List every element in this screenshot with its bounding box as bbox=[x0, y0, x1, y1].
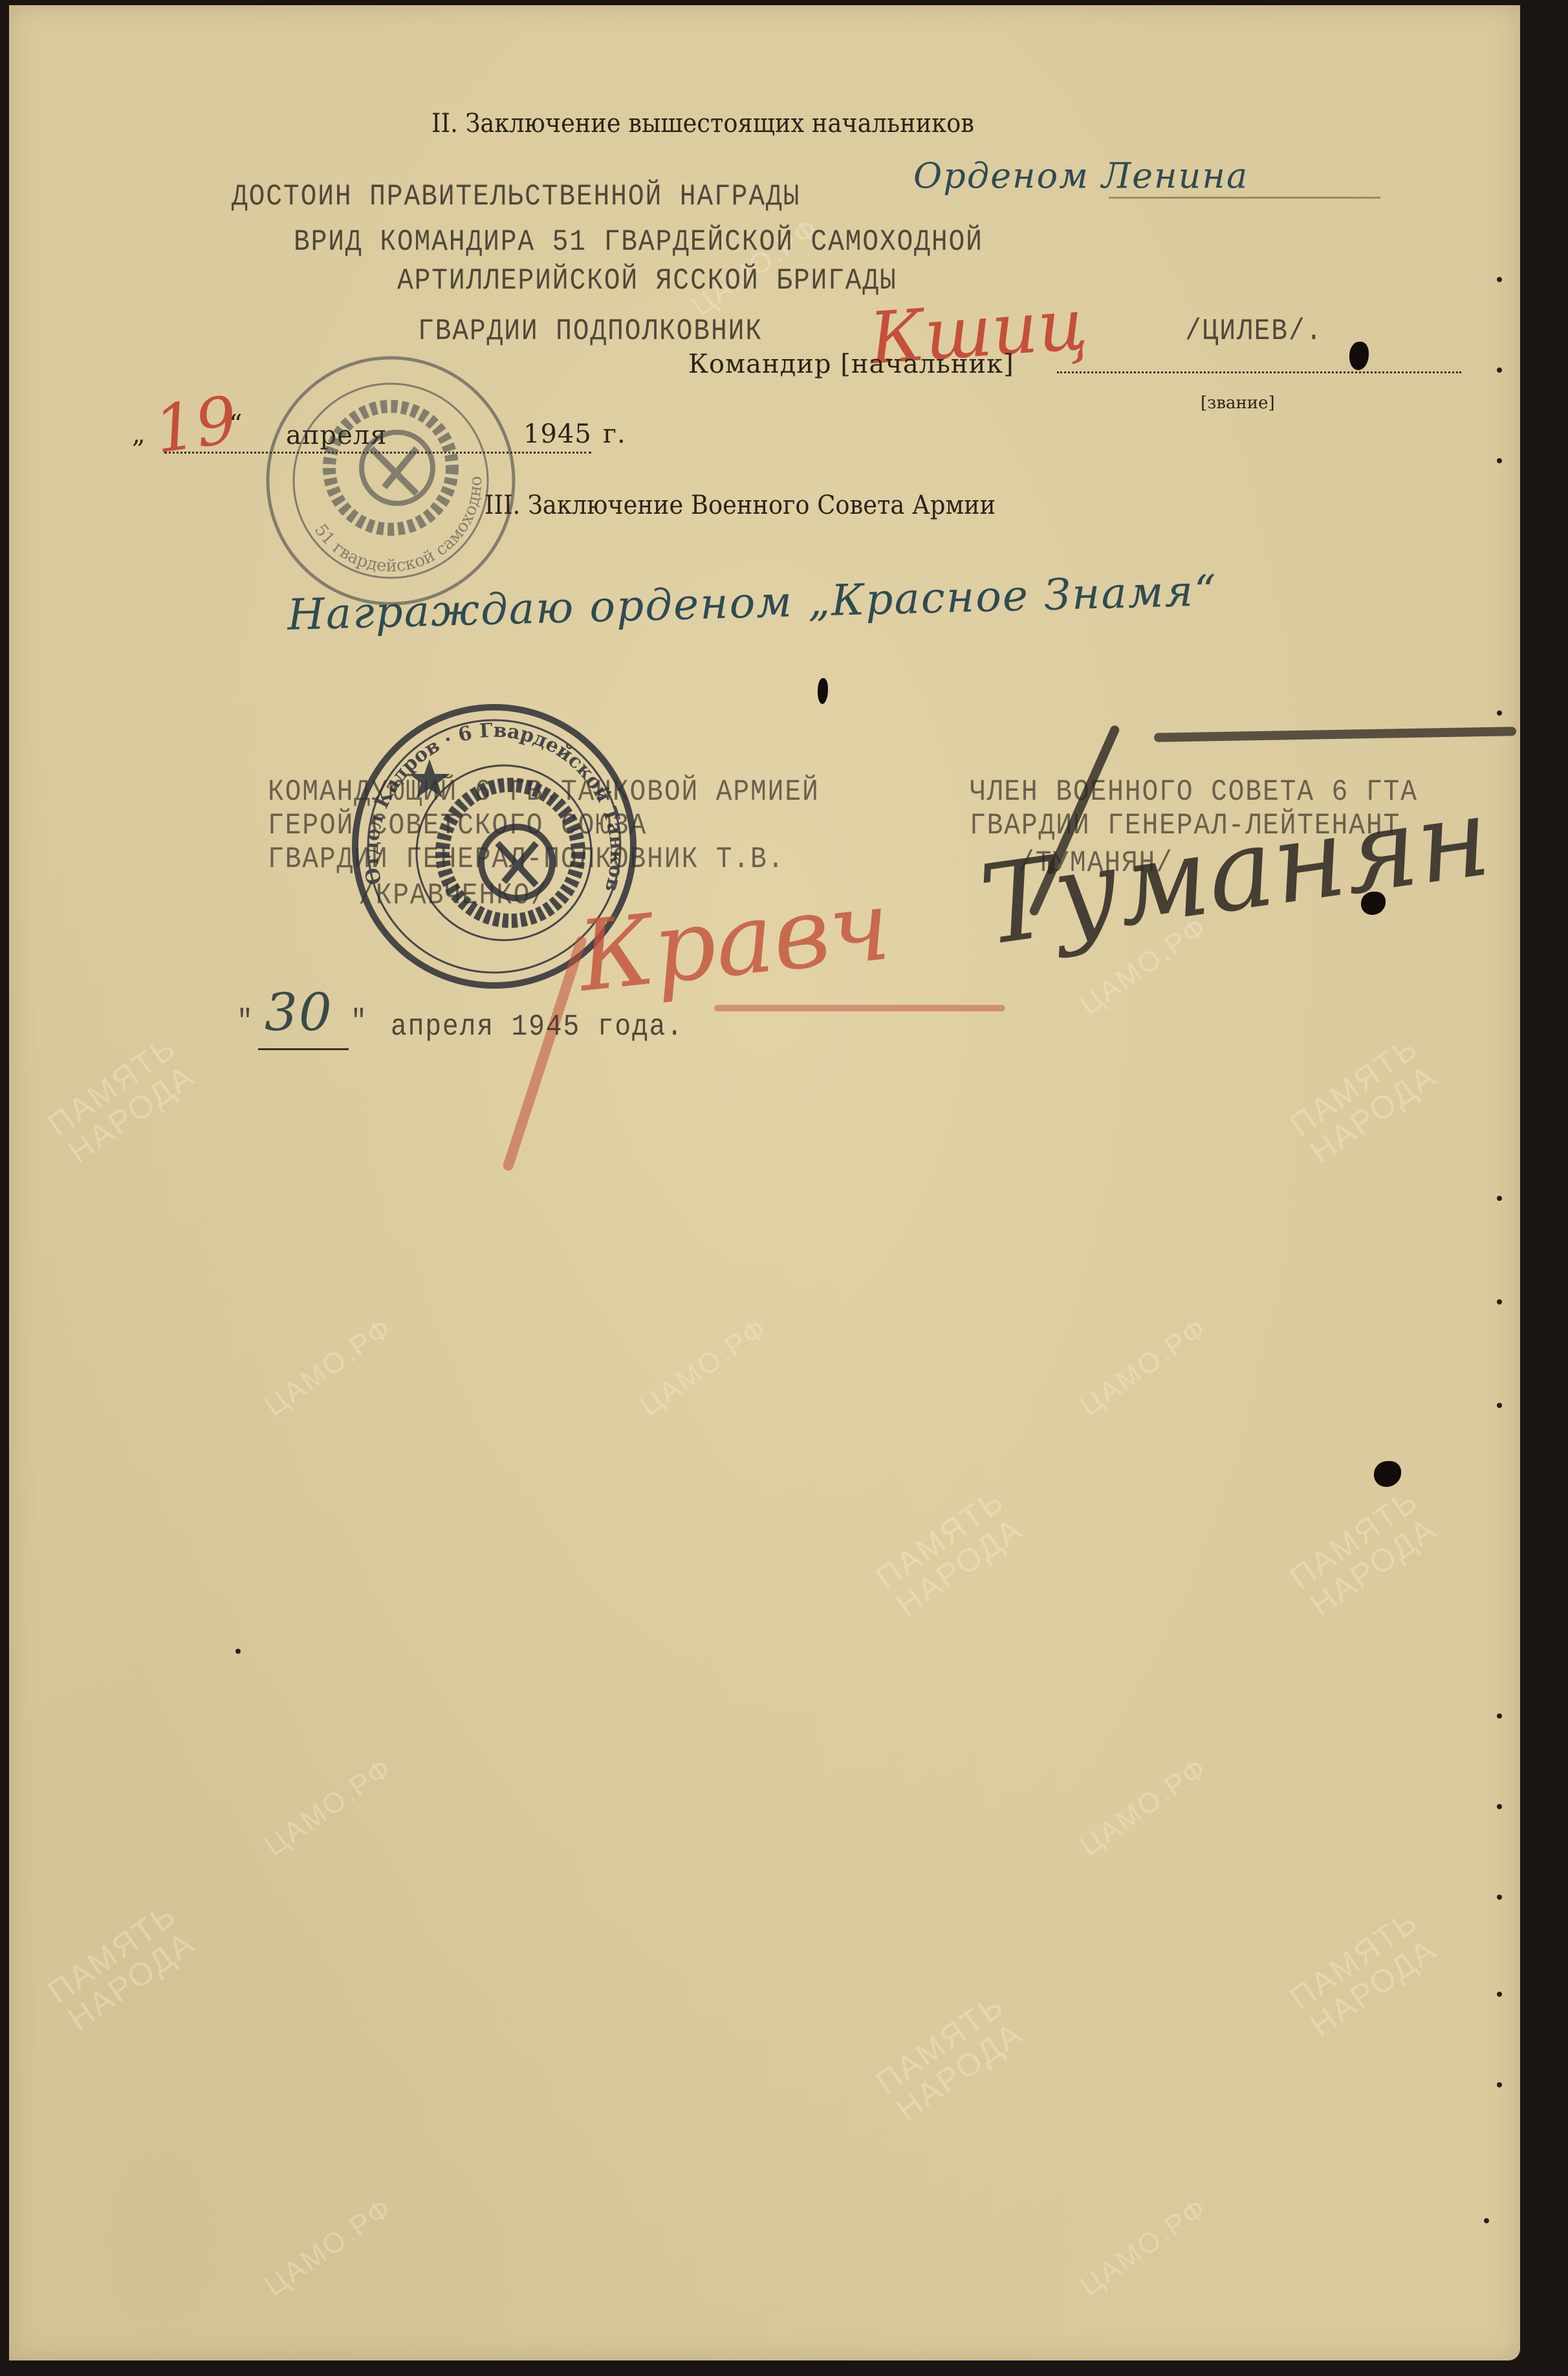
edge-punch bbox=[1497, 1196, 1502, 1201]
watermark-archive: ЦАМО.РФ bbox=[259, 2192, 398, 2303]
typed-signatory-name: /ЦИЛЕВ/. bbox=[1185, 314, 1323, 348]
award-underline bbox=[1109, 197, 1380, 199]
paper-mark bbox=[818, 678, 828, 704]
watermark-project: ПАМЯТЬНАРОДА bbox=[1284, 1904, 1444, 2043]
handwritten-award: Орденом Ленина bbox=[913, 155, 1248, 196]
paper-hole bbox=[1349, 342, 1369, 370]
watermark-project: ПАМЯТЬНАРОДА bbox=[1284, 1483, 1444, 1623]
edge-punch bbox=[1497, 1992, 1502, 1997]
signature-stroke-top bbox=[1154, 727, 1516, 742]
date-close-quote-2: " bbox=[351, 1005, 368, 1039]
typed-position-line: ВРИД КОМАНДИРА 51 ГВАРДЕЙСКОЙ САМОХОДНОЙ bbox=[294, 225, 983, 259]
watermark-archive: ЦАМО.РФ bbox=[259, 1752, 398, 1863]
watermark-project: ПАМЯТЬНАРОДА bbox=[870, 1483, 1030, 1623]
watermark-project: ПАМЯТЬНАРОДА bbox=[1284, 1030, 1444, 1170]
watermark-archive: ЦАМО.РФ bbox=[1074, 1312, 1214, 1423]
edge-punch bbox=[1497, 458, 1502, 463]
watermark-archive: ЦАМО.РФ bbox=[259, 1312, 398, 1423]
document-page: ЦАМО.РФ ЦАМО.РФ ЦАМО.РФ ЦАМО.РФ ЦАМО.РФ … bbox=[9, 5, 1520, 2360]
signature-underline-red bbox=[714, 1005, 1005, 1011]
edge-punch bbox=[1497, 2082, 1502, 2087]
date-open-quote-2: " bbox=[237, 1005, 254, 1039]
date-day-handwritten: 19 bbox=[149, 382, 241, 468]
date-open-quote: „ bbox=[132, 419, 146, 449]
date-day-underline bbox=[258, 1048, 349, 1050]
edge-punch bbox=[1497, 1403, 1502, 1408]
commander-label: Командир [начальник] bbox=[688, 349, 1014, 379]
section-2-heading: II. Заключение вышестоящих начальников bbox=[431, 109, 974, 138]
paper-hole bbox=[1374, 1461, 1401, 1487]
stamp-brigade: 51 гвардейской самоходной артиллер. бриг… bbox=[261, 351, 520, 610]
watermark-archive: ЦАМО.РФ bbox=[634, 1312, 774, 1423]
edge-punch bbox=[1497, 1713, 1502, 1719]
date-day-handwritten-2: 30 bbox=[265, 982, 333, 1042]
edge-punch bbox=[1497, 1299, 1502, 1304]
date-suffix: г. bbox=[603, 419, 626, 449]
date-year: 1945 bbox=[523, 419, 592, 449]
watermark-project: ПАМЯТЬНАРОДА bbox=[870, 1988, 1030, 2128]
paper-speck bbox=[235, 1649, 241, 1654]
watermark-archive: ЦАМО.РФ bbox=[1074, 2192, 1214, 2303]
edge-punch bbox=[1497, 710, 1502, 716]
edge-punch bbox=[1497, 277, 1502, 282]
watermark-project: ПАМЯТЬНАРОДА bbox=[42, 1030, 202, 1170]
edge-punch bbox=[1497, 1804, 1502, 1809]
edge-punch bbox=[1497, 1895, 1502, 1900]
commander-signature-line bbox=[1057, 371, 1461, 373]
typed-unit-line: АРТИЛЛЕРИЙСКОЙ ЯССКОЙ БРИГАДЫ bbox=[397, 264, 897, 298]
date-close-quote: “ bbox=[229, 410, 243, 439]
edge-punch bbox=[1484, 2218, 1489, 2223]
typed-award-line: ДОСТОИН ПРАВИТЕЛЬСТВЕННОЙ НАГРАДЫ bbox=[232, 180, 800, 214]
rank-label: [звание] bbox=[1201, 393, 1275, 413]
section-3-heading: III. Заключение Военного Совета Армии bbox=[485, 490, 996, 520]
watermark-project: ПАМЯТЬНАРОДА bbox=[42, 1897, 202, 2037]
watermark-archive: ЦАМО.РФ bbox=[1074, 1752, 1214, 1863]
date-rest-2: апреля 1945 года. bbox=[391, 1010, 684, 1044]
typed-rank-line: ГВАРДИИ ПОДПОЛКОВНИК bbox=[418, 314, 763, 348]
edge-punch bbox=[1497, 368, 1502, 373]
